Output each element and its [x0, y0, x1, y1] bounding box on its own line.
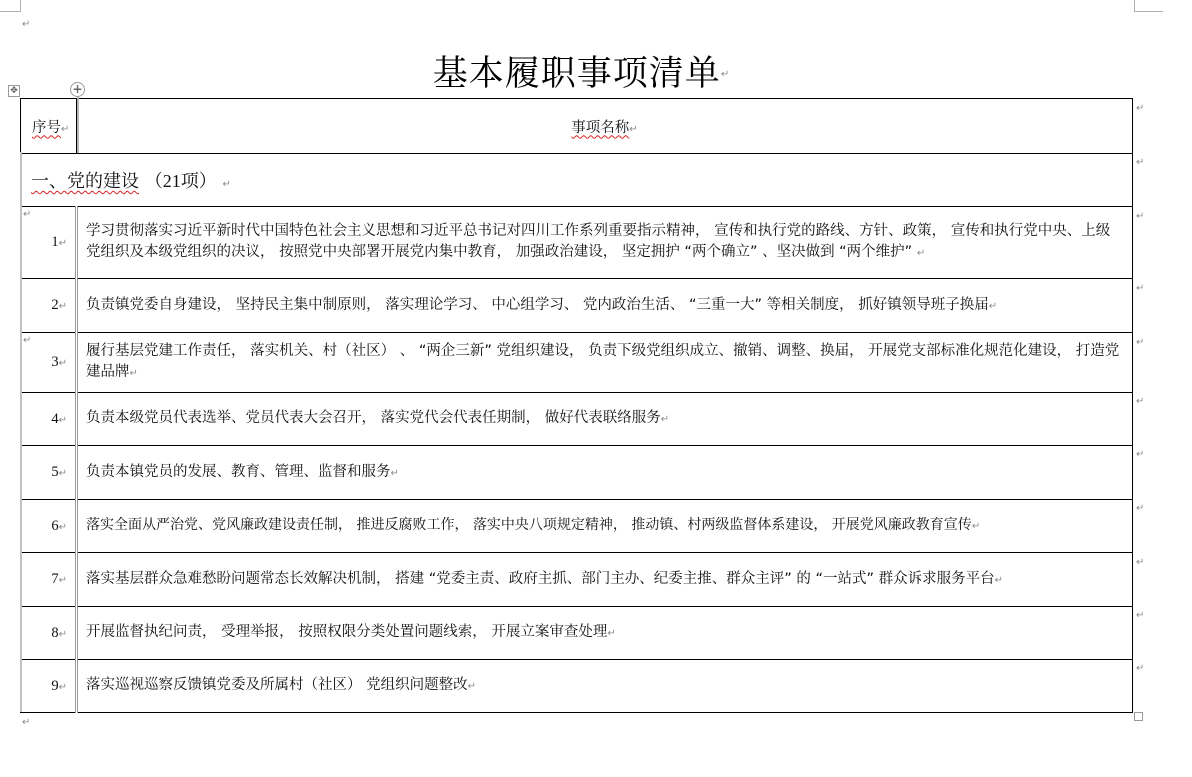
paragraph-mark-icon: ↵ — [989, 301, 997, 312]
paragraph-mark-icon: ↵ — [661, 414, 669, 425]
paragraph-mark-icon: ↵ — [721, 69, 729, 80]
table-row: 8↵ 开展监督执纪问责， 受理举报， 按照权限分类处置问题线索， 开展立案审查处… — [21, 607, 1133, 660]
table-row: 9↵ 落实巡视巡察反馈镇党委及所属村（社区） 党组织问题整改↵ — [21, 660, 1133, 713]
row-description-cell[interactable]: 负责本级党员代表选举、党员代表大会召开， 落实党代会代表任期制， 做好代表联络服… — [77, 393, 1133, 446]
document-title[interactable]: 基本履职事项清单↵ — [0, 52, 1162, 97]
table-row: 4↵ 负责本级党员代表选举、党员代表大会召开， 落实党代会代表任期制， 做好代表… — [21, 393, 1133, 446]
row-description: 负责本镇党员的发展、教育、管理、监督和服务 — [86, 464, 391, 480]
row-number-cell[interactable]: 7↵ — [21, 553, 77, 607]
paragraph-mark-icon: ↵ — [59, 575, 67, 586]
table-row: 2↵ 负责镇党委自身建设， 坚持民主集中制原则， 落实理论学习、 中心组学习、 … — [21, 279, 1133, 333]
row-number: 2 — [51, 297, 58, 313]
table-row: 7↵ 落实基层群众急难愁盼问题常态长效解决机制， 搭建 “党委主责、政府主抓、部… — [21, 553, 1133, 607]
paragraph-mark-icon: ↵ — [23, 209, 31, 220]
row-number-cell[interactable]: 2↵ — [21, 279, 77, 333]
row-number-cell[interactable]: ↵1↵ — [21, 207, 77, 279]
section-label: 一、党的建设 — [31, 171, 139, 192]
table-resize-handle[interactable] — [1134, 712, 1143, 721]
header-name-label: 事项名称 — [571, 120, 629, 136]
row-number: 8 — [51, 625, 58, 641]
row-description: 落实巡视巡察反馈镇党委及所属村（社区） 党组织问题整改 — [86, 677, 468, 693]
paragraph-mark-icon: ↵ — [59, 415, 67, 426]
paragraph-mark-icon: ↵ — [59, 358, 67, 369]
row-end-mark-icon: ↵ — [1136, 503, 1144, 514]
row-number: 5 — [51, 464, 58, 480]
paragraph-mark-icon: ↵ — [59, 238, 67, 249]
row-end-mark-icon: ↵ — [1136, 663, 1144, 674]
row-end-mark-icon: ↵ — [1136, 610, 1144, 621]
row-end-mark-icon: ↵ — [1136, 211, 1144, 222]
section-count: （21项） — [145, 171, 217, 191]
paragraph-mark-icon: ↵ — [391, 468, 399, 479]
paragraph-mark-icon: ↵ — [972, 521, 980, 532]
document-title-text: 基本履职事项清单 — [433, 54, 721, 94]
page-margin-corner-top-left — [0, 0, 21, 12]
column-resize-guide[interactable] — [77, 96, 79, 153]
row-end-mark-icon: ↵ — [1136, 396, 1144, 407]
paragraph-mark-icon: ↵ — [222, 179, 230, 190]
paragraph-mark-icon: ↵ — [59, 522, 67, 533]
table-row: ↵1↵ 学习贯彻落实习近平新时代中国特色社会主义思想和习近平总书记对四川工作系列… — [21, 207, 1133, 279]
row-description-cell[interactable]: 履行基层党建工作责任， 落实机关、村（社区） 、 “两企三新” 党组织建设， 负… — [77, 333, 1133, 393]
row-end-mark-icon: ↵ — [1136, 283, 1144, 294]
row-description-cell[interactable]: 落实全面从严治党、党风廉政建设责任制， 推进反腐败工作， 落实中央八项规定精神，… — [77, 500, 1133, 553]
duties-table: 序号↵ 事项名称↵ 一、党的建设 （21项） ↵ ↵1↵ 学习贯彻落实习近平新时… — [20, 98, 1133, 713]
paragraph-mark-icon: ↵ — [22, 20, 30, 30]
row-description-cell[interactable]: 负责本镇党员的发展、教育、管理、监督和服务↵ — [77, 446, 1133, 500]
table-row: 5↵ 负责本镇党员的发展、教育、管理、监督和服务↵ — [21, 446, 1133, 500]
row-selection-guide — [20, 152, 22, 712]
row-end-mark-icon: ↵ — [1136, 157, 1144, 168]
row-description-cell[interactable]: 学习贯彻落实习近平新时代中国特色社会主义思想和习近平总书记对四川工作系列重要指示… — [77, 207, 1133, 279]
table-row: 6↵ 落实全面从严治党、党风廉政建设责任制， 推进反腐败工作， 落实中央八项规定… — [21, 500, 1133, 553]
paragraph-mark-icon: ↵ — [59, 468, 67, 479]
paragraph-mark-icon: ↵ — [59, 629, 67, 640]
row-number: 6 — [51, 518, 58, 534]
row-end-mark-icon: ↵ — [1136, 449, 1144, 460]
header-name-cell[interactable]: 事项名称↵ — [77, 99, 1133, 154]
table-header-row: 序号↵ 事项名称↵ — [21, 99, 1133, 154]
header-number-cell[interactable]: 序号↵ — [21, 99, 77, 154]
row-number-cell[interactable]: 9↵ — [21, 660, 77, 713]
paragraph-mark-icon: ↵ — [59, 301, 67, 312]
row-description: 负责镇党委自身建设， 坚持民主集中制原则， 落实理论学习、 中心组学习、 党内政… — [86, 297, 989, 313]
row-description-cell[interactable]: 开展监督执纪问责， 受理举报， 按照权限分类处置问题线索， 开展立案审查处理↵ — [77, 607, 1133, 660]
section-row: 一、党的建设 （21项） ↵ — [21, 154, 1133, 207]
table-row: ↵3↵ 履行基层党建工作责任， 落实机关、村（社区） 、 “两企三新” 党组织建… — [21, 333, 1133, 393]
row-number: 7 — [51, 571, 58, 587]
row-number: 1 — [51, 234, 58, 250]
row-description: 落实基层群众急难愁盼问题常态长效解决机制， 搭建 “党委主责、政府主抓、部门主办… — [86, 571, 995, 587]
row-description: 负责本级党员代表选举、党员代表大会召开， 落实党代会代表任期制， 做好代表联络服… — [86, 410, 661, 426]
row-number-cell[interactable]: 5↵ — [21, 446, 77, 500]
paragraph-mark-icon: ↵ — [22, 718, 30, 728]
row-number-cell[interactable]: ↵3↵ — [21, 333, 77, 393]
paragraph-mark-icon: ↵ — [468, 681, 476, 692]
row-end-mark-icon: ↵ — [1136, 337, 1144, 348]
row-description: 落实全面从严治党、党风廉政建设责任制， 推进反腐败工作， 落实中央八项规定精神，… — [86, 517, 972, 533]
row-description-cell[interactable]: 落实巡视巡察反馈镇党委及所属村（社区） 党组织问题整改↵ — [77, 660, 1133, 713]
paragraph-mark-icon: ↵ — [607, 628, 615, 639]
paragraph-mark-icon: ↵ — [130, 368, 138, 379]
row-description: 履行基层党建工作责任， 落实机关、村（社区） 、 “两企三新” 党组织建设， 负… — [86, 343, 1119, 380]
row-end-mark-icon: ↵ — [1136, 103, 1144, 114]
insert-column-button[interactable]: + — [70, 82, 85, 97]
header-number-label: 序号 — [32, 120, 61, 136]
row-number: 9 — [51, 678, 58, 694]
paragraph-mark-icon: ↵ — [23, 335, 31, 346]
row-number: 3 — [51, 354, 58, 370]
section-cell[interactable]: 一、党的建设 （21项） ↵ — [21, 154, 1133, 207]
row-description: 开展监督执纪问责， 受理举报， 按照权限分类处置问题线索， 开展立案审查处理 — [86, 624, 607, 640]
paragraph-mark-icon: ↵ — [917, 248, 925, 259]
row-end-mark-icon: ↵ — [1136, 557, 1144, 568]
paragraph-mark-icon: ↵ — [995, 575, 1003, 586]
row-number: 4 — [51, 411, 58, 427]
table-move-handle-icon[interactable]: ✥ — [8, 85, 20, 97]
paragraph-mark-icon: ↵ — [59, 682, 67, 693]
row-number-cell[interactable]: 4↵ — [21, 393, 77, 446]
row-number-cell[interactable]: 6↵ — [21, 500, 77, 553]
row-number-cell[interactable]: 8↵ — [21, 607, 77, 660]
row-description: 学习贯彻落实习近平新时代中国特色社会主义思想和习近平总书记对四川工作系列重要指示… — [86, 223, 1110, 260]
paragraph-mark-icon: ↵ — [61, 124, 69, 135]
row-description-cell[interactable]: 落实基层群众急难愁盼问题常态长效解决机制， 搭建 “党委主责、政府主抓、部门主办… — [77, 553, 1133, 607]
paragraph-mark-icon: ↵ — [629, 124, 637, 135]
page-margin-corner-top-right — [1134, 0, 1163, 12]
row-description-cell[interactable]: 负责镇党委自身建设， 坚持民主集中制原则， 落实理论学习、 中心组学习、 党内政… — [77, 279, 1133, 333]
